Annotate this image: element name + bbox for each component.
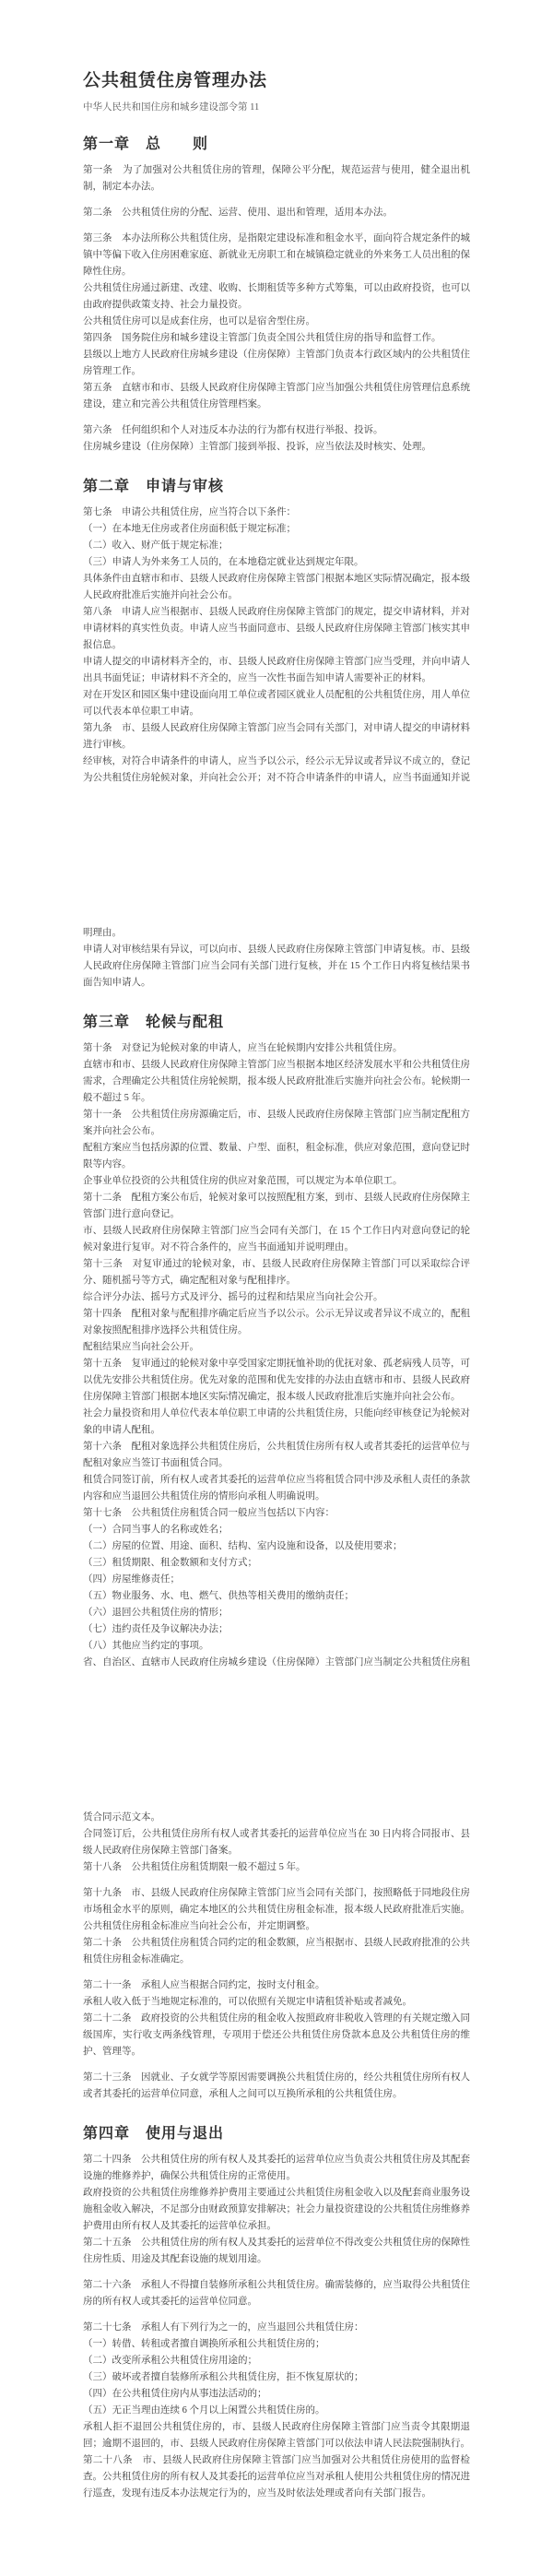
paragraph: 第十六条 配租对象选择公共租赁住房后，公共租赁住房所有权人或者其委托的运营单位与…: [83, 1439, 470, 1472]
paragraph: 对在开发区和园区集中建设面向用工单位或者园区就业人员配租的公共租赁住房，用人单位…: [83, 687, 470, 720]
paragraph-spacer: [83, 2060, 470, 2070]
paragraph: 第二十一条 承租人应当根据合同约定，按时支付租金。: [83, 1977, 470, 1994]
paragraph: （三）租赁期限、租金数额和支付方式；: [83, 1555, 470, 1572]
paragraph: 省、自治区、直辖市人民政府住房城乡建设（住房保障）主管部门应当制定公共租赁住房租: [83, 1655, 470, 1671]
paragraph: 承租人收入低于当地规定标准的，可以依照有关规定申请租赁补贴或者减免。: [83, 1994, 470, 2011]
paragraph: 第十八条 公共租赁住房租赁期限一般不超过 5 年。: [83, 1859, 470, 1876]
document-subtitle: 中华人民共和国住房和城乡建设部令第 11: [83, 100, 470, 113]
paragraph-spacer: [83, 2310, 470, 2320]
page-break-gap: [83, 1671, 470, 1810]
paragraph: 公共租赁住房租金标准应当向社会公布，并定期调整。: [83, 1918, 470, 1935]
document-title: 公共租赁住房管理办法: [83, 66, 470, 91]
paragraph: 市、县级人民政府住房保障主管部门应当会同有关部门，在 15 个工作日内对意向登记…: [83, 1223, 470, 1256]
paragraph-spacer: [83, 1876, 470, 1885]
paragraph: 第二十五条 公共租赁住房的所有权人及其委托的运营单位不得改变公共租赁住房的保障性…: [83, 2235, 470, 2268]
paragraph: （二）房屋的位置、用途、面积、结构、室内设施和设备，以及使用要求；: [83, 1538, 470, 1555]
paragraph: （一）转借、转租或者擅自调换所承租公共租赁住房的；: [83, 2336, 470, 2353]
paragraph: （五）无正当理由连续 6 个月以上闲置公共租赁住房的。: [83, 2403, 470, 2419]
document-body: 公共租赁住房管理办法中华人民共和国住房和城乡建设部令第 11第一章 总 则第一条…: [83, 66, 470, 2502]
paragraph: 第二条 公共租赁住房的分配、运营、使用、退出和管理，适用本办法。: [83, 205, 470, 221]
paragraph: （三）申请人为外来务工人员的，在本地稳定就业达到规定年限。: [83, 554, 470, 571]
chapter-heading: 第四章 使用与退出: [83, 2121, 470, 2143]
paragraph: （二）收入、财产低于规定标准；: [83, 538, 470, 554]
paragraph: 具体条件由直辖市和市、县级人民政府住房保障主管部门根据本地区实际情况确定，报本级…: [83, 571, 470, 604]
paragraph: 明理由。: [83, 925, 470, 942]
paragraph-spacer: [83, 413, 470, 422]
paragraph: （四）在公共租赁住房内从事违法活动的；: [83, 2386, 470, 2403]
paragraph: 公共租赁住房可以是成套住房，也可以是宿舍型住房。: [83, 314, 470, 330]
paragraph: 第十五条 复审通过的轮候对象中享受国家定期抚恤补助的优抚对象、孤老病残人员等，可…: [83, 1356, 470, 1406]
paragraph: 第三条 本办法所称公共租赁住房，是指限定建设标准和租金水平，面向符合规定条件的城…: [83, 231, 470, 280]
paragraph: （五）物业服务、水、电、燃气、供热等相关费用的缴纳责任；: [83, 1588, 470, 1605]
paragraph: 承租人拒不退回公共租赁住房的，市、县级人民政府住房保障主管部门应当责令其限期退回…: [83, 2419, 470, 2452]
paragraph: 直辖市和市、县级人民政府住房保障主管部门应当根据本地区经济发展水平和公共租赁住房…: [83, 1057, 470, 1107]
paragraph: 申请人提交的申请材料齐全的，市、县级人民政府住房保障主管部门应当受理，并向申请人…: [83, 654, 470, 687]
chapter-heading: 第二章 申请与审核: [83, 474, 470, 495]
paragraph: 第十九条 市、县级人民政府住房保障主管部门应当会同有关部门，按照略低于同地段住房…: [83, 1885, 470, 1918]
paragraph: 社会力量投资和用人单位代表本单位职工申请的公共租赁住房，只能向经审核登记为轮候对…: [83, 1406, 470, 1439]
paragraph: （八）其他应当约定的事项。: [83, 1638, 470, 1655]
paragraph: （四）房屋维修责任；: [83, 1572, 470, 1588]
paragraph: 赁合同示范文本。: [83, 1810, 470, 1826]
paragraph: 第二十二条 政府投资的公共租赁住房的租金收入按照政府非税收入管理的有关规定缴入同…: [83, 2011, 470, 2060]
paragraph-spacer: [83, 2268, 470, 2277]
paragraph: （一）合同当事人的名称或姓名；: [83, 1522, 470, 1538]
paragraph: 经审核，对符合申请条件的申请人，应当予以公示，经公示无异议或者异议不成立的，登记…: [83, 754, 470, 787]
paragraph: 配租方案应当包括房源的位置、数量、户型、面积，租金标准，供应对象范围，意向登记时…: [83, 1140, 470, 1173]
paragraph: 第二十条 公共租赁住房租赁合同约定的租金数额，应当根据市、县级人民政府批准的公共…: [83, 1935, 470, 1968]
paragraph: 县级以上地方人民政府住房城乡建设（住房保障）主管部门负责本行政区域内的公共租赁住…: [83, 347, 470, 380]
paragraph: 第十条 对登记为轮候对象的申请人，应当在轮候期内安排公共租赁住房。: [83, 1040, 470, 1057]
paragraph: 第一条 为了加强对公共租赁住房的管理，保障公平分配，规范运营与使用，健全退出机制…: [83, 162, 470, 196]
paragraph: 住房城乡建设（住房保障）主管部门接到举报、投诉，应当依法及时核实、处理。: [83, 439, 470, 456]
paragraph: （三）破坏或者擅自装修所承租公共租赁住房，拒不恢复原状的；: [83, 2369, 470, 2386]
paragraph: （六）退回公共租赁住房的情形；: [83, 1605, 470, 1621]
paragraph: 申请人对审核结果有异议，可以向市、县级人民政府住房保障主管部门申请复核。市、县级…: [83, 942, 470, 991]
paragraph: （二）改变所承租公共租赁住房用途的；: [83, 2353, 470, 2369]
paragraph: 企事业单位投资的公共租赁住房的供应对象范围，可以规定为本单位职工。: [83, 1173, 470, 1190]
paragraph: 第二十三条 因就业、子女就学等原因需要调换公共租赁住房的，经公共租赁住房所有权人…: [83, 2070, 470, 2103]
page-break-gap: [83, 787, 470, 925]
paragraph: 第七条 申请公共租赁住房，应当符合以下条件：: [83, 505, 470, 521]
paragraph: 第十三条 对复审通过的轮候对象，市、县级人民政府住房保障主管部门可以采取综合评分…: [83, 1256, 470, 1289]
paragraph-spacer: [83, 196, 470, 205]
paragraph: 第十七条 公共租赁住房租赁合同一般应当包括以下内容：: [83, 1505, 470, 1522]
paragraph: 第八条 申请人应当根据市、县级人民政府住房保障主管部门的规定，提交申请材料，并对…: [83, 604, 470, 654]
paragraph: 第四条 国务院住房和城乡建设主管部门负责全国公共租赁住房的指导和监督工作。: [83, 330, 470, 347]
paragraph: 租赁合同签订前，所有权人或者其委托的运营单位应当将租赁合同中涉及承租人责任的条款…: [83, 1472, 470, 1505]
paragraph-spacer: [83, 221, 470, 231]
document-page: 公共租赁住房管理办法中华人民共和国住房和城乡建设部令第 11第一章 总 则第一条…: [0, 0, 553, 2576]
paragraph-spacer: [83, 1968, 470, 1977]
paragraph: 第九条 市、县级人民政府住房保障主管部门应当会同有关部门，对申请人提交的申请材料…: [83, 720, 470, 754]
paragraph: 第十二条 配租方案公布后，轮候对象可以按照配租方案，到市、县级人民政府住房保障主…: [83, 1190, 470, 1223]
paragraph: 合同签订后，公共租赁住房所有权人或者其委托的运营单位应当在 30 日内将合同报市…: [83, 1826, 470, 1859]
chapter-heading: 第一章 总 则: [83, 132, 470, 153]
paragraph: 第二十七条 承租人有下列行为之一的，应当退回公共租赁住房：: [83, 2320, 470, 2336]
paragraph: 第五条 直辖市和市、县级人民政府住房保障主管部门应当加强公共租赁住房管理信息系统…: [83, 380, 470, 413]
paragraph: 第十一条 公共租赁住房房源确定后，市、县级人民政府住房保障主管部门应当制定配租方…: [83, 1107, 470, 1140]
paragraph: 配租结果应当向社会公开。: [83, 1339, 470, 1356]
paragraph: 第二十四条 公共租赁住房的所有权人及其委托的运营单位应当负责公共租赁住房及其配套…: [83, 2152, 470, 2185]
paragraph: 政府投资的公共租赁住房维修养护费用主要通过公共租赁住房租金收入以及配套商业服务设…: [83, 2185, 470, 2235]
paragraph: 第二十八条 市、县级人民政府住房保障主管部门应当加强对公共租赁住房使用的监督检查…: [83, 2452, 470, 2502]
paragraph: 第六条 任何组织和个人对违反本办法的行为都有权进行举报、投诉。: [83, 422, 470, 439]
paragraph: 公共租赁住房通过新建、改建、收购、长期租赁等多种方式筹集，可以由政府投资，也可以…: [83, 280, 470, 314]
paragraph: 第二十六条 承租人不得擅自装修所承租公共租赁住房。确需装修的，应当取得公共租赁住…: [83, 2277, 470, 2310]
paragraph: （一）在本地无住房或者住房面积低于规定标准；: [83, 521, 470, 538]
paragraph: 综合评分办法、摇号方式及评分、摇号的过程和结果应当向社会公开。: [83, 1289, 470, 1306]
paragraph: （七）违约责任及争议解决办法；: [83, 1621, 470, 1638]
paragraph: 第十四条 配租对象与配租排序确定后应当予以公示。公示无异议或者异议不成立的，配租…: [83, 1306, 470, 1339]
chapter-heading: 第三章 轮候与配租: [83, 1010, 470, 1031]
